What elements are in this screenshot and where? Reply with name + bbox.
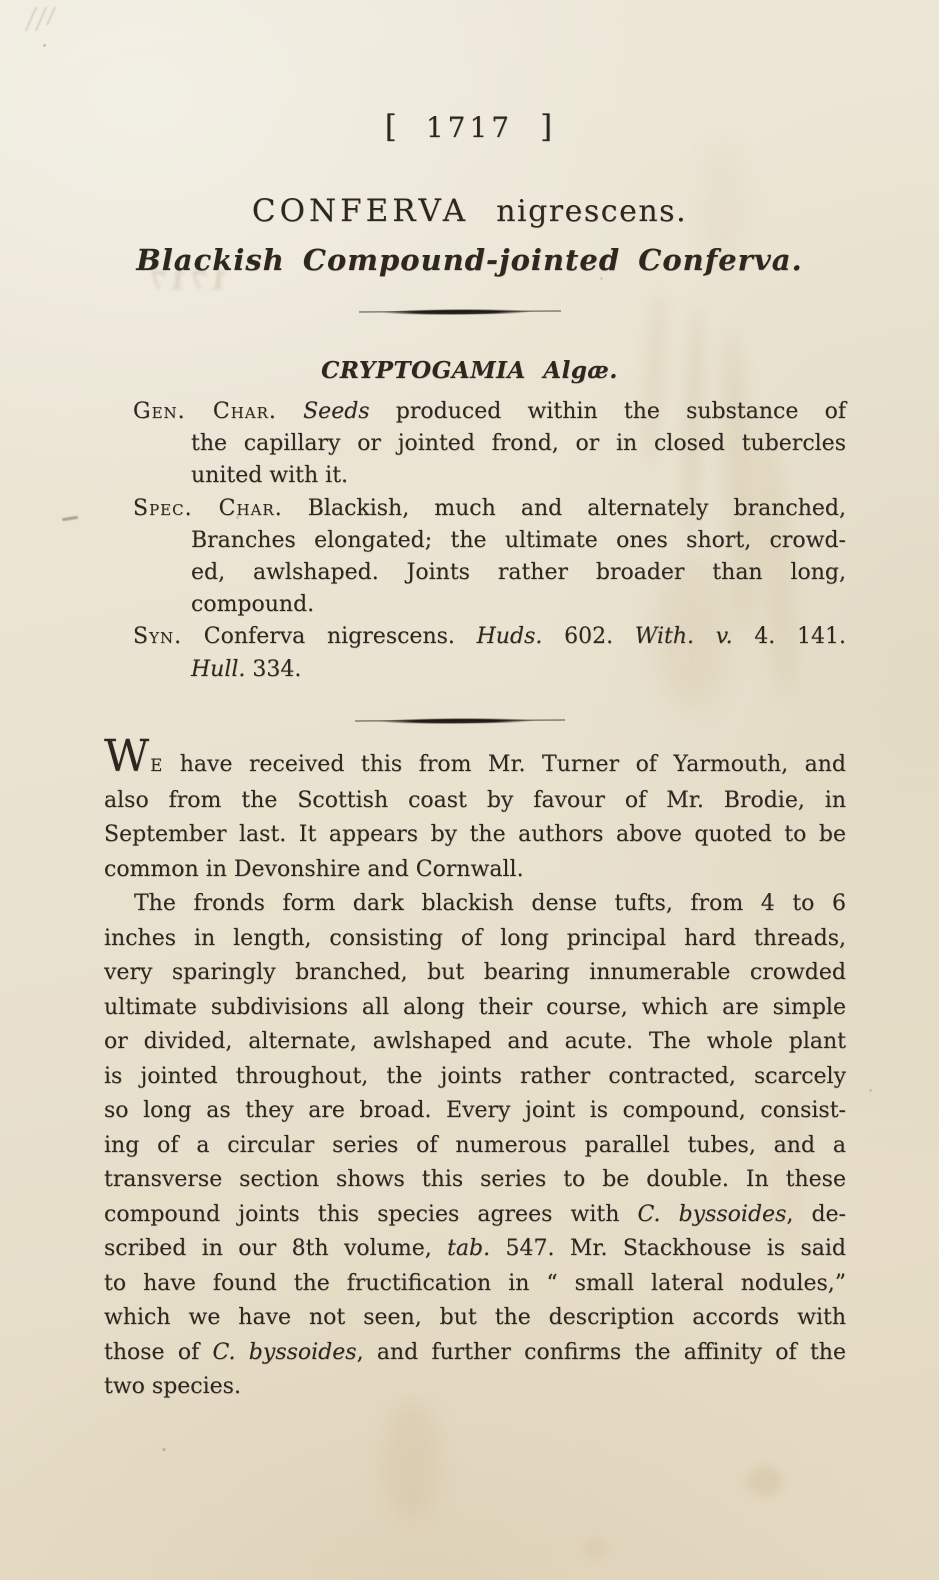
text-line: compound. <box>133 589 846 621</box>
text-line: scribed in our 8th volume, tab. 547. Mr.… <box>104 1232 846 1267</box>
section-divider-rule <box>355 716 565 724</box>
species-title: CONFERVAnigrescens. <box>0 193 939 229</box>
text-line: Syn. Conferva nigrescens. Huds. 602. Wit… <box>133 621 846 653</box>
characters-block: Gen. Char. Seeds produced within the sub… <box>133 396 846 686</box>
page-number-value: 1717 <box>426 111 513 144</box>
text-line: two species. <box>104 1370 846 1405</box>
text-line: Gen. Char. Seeds produced within the sub… <box>133 396 846 428</box>
text-line: ultimate subdivisions all along their co… <box>104 991 846 1026</box>
paper-speck <box>43 44 46 47</box>
text-line: is jointed throughout, the joints rather… <box>104 1060 846 1095</box>
paper-corner-marks <box>30 6 80 40</box>
text-line: also from the Scottish coast by favour o… <box>104 784 846 819</box>
rule-lens <box>378 717 542 724</box>
text-line: or divided, alternate, awlshaped and acu… <box>104 1025 846 1060</box>
text-line: so long as they are broad. Every joint i… <box>104 1094 846 1129</box>
text-line: Hull. 334. <box>133 654 846 686</box>
page-number: [1717] <box>0 109 939 145</box>
text-line: transverse section shows this series to … <box>104 1163 846 1198</box>
text-line: September last. It appears by the author… <box>104 818 846 853</box>
section-divider-rule <box>359 307 561 315</box>
text-line: inches in length, consisting of long pri… <box>104 922 846 957</box>
common-name-subtitle: Blackish Compound-jointed Conferva. <box>0 243 939 277</box>
text-line: to have found the fructification in “ sm… <box>104 1267 846 1302</box>
text-line: ed, awlshaped. Joints rather broader tha… <box>133 557 846 589</box>
paper-stain <box>383 1398 441 1523</box>
page-number-close-bracket: ] <box>540 109 554 145</box>
text-line: very sparingly branched, but bearing inn… <box>104 956 846 991</box>
paper-stain <box>583 1538 607 1558</box>
text-line: united with it. <box>133 460 846 492</box>
paper-stain <box>747 1466 783 1496</box>
text-line: Branches elongated; the ultimate ones sh… <box>133 525 846 557</box>
text-line: common in Devonshire and Cornwall. <box>104 853 846 888</box>
paper-speck <box>869 1089 872 1092</box>
rule-lens <box>381 308 539 315</box>
text-line: ing of a circular series of numerous par… <box>104 1129 846 1164</box>
text-line: those of C. byssoides, and further confi… <box>104 1336 846 1371</box>
text-line: the capillary or jointed frond, or in cl… <box>133 428 846 460</box>
paper-speck <box>162 1447 167 1452</box>
text-line: The fronds form dark blackish dense tuft… <box>104 887 846 922</box>
book-page: 1717 [1717] CONFERVAnigrescens. Blackish… <box>0 0 939 1580</box>
classification-heading: CRYPTOGAMIA Algæ. <box>0 357 939 384</box>
genus-name: CONFERVA <box>252 193 469 229</box>
species-epithet: nigrescens. <box>496 194 687 229</box>
pencil-margin-mark <box>62 516 78 521</box>
page-number-open-bracket: [ <box>385 109 399 145</box>
text-line: compound joints this species agrees with… <box>104 1198 846 1233</box>
paper-speck <box>600 277 603 280</box>
description-block: WE have received this from Mr. Turner of… <box>104 748 846 1405</box>
text-line: which we have not seen, but the descript… <box>104 1301 846 1336</box>
text-line: Spec. Char. Blackish, much and alternate… <box>133 493 846 525</box>
text-line: WE have received this from Mr. Turner of… <box>104 748 846 784</box>
